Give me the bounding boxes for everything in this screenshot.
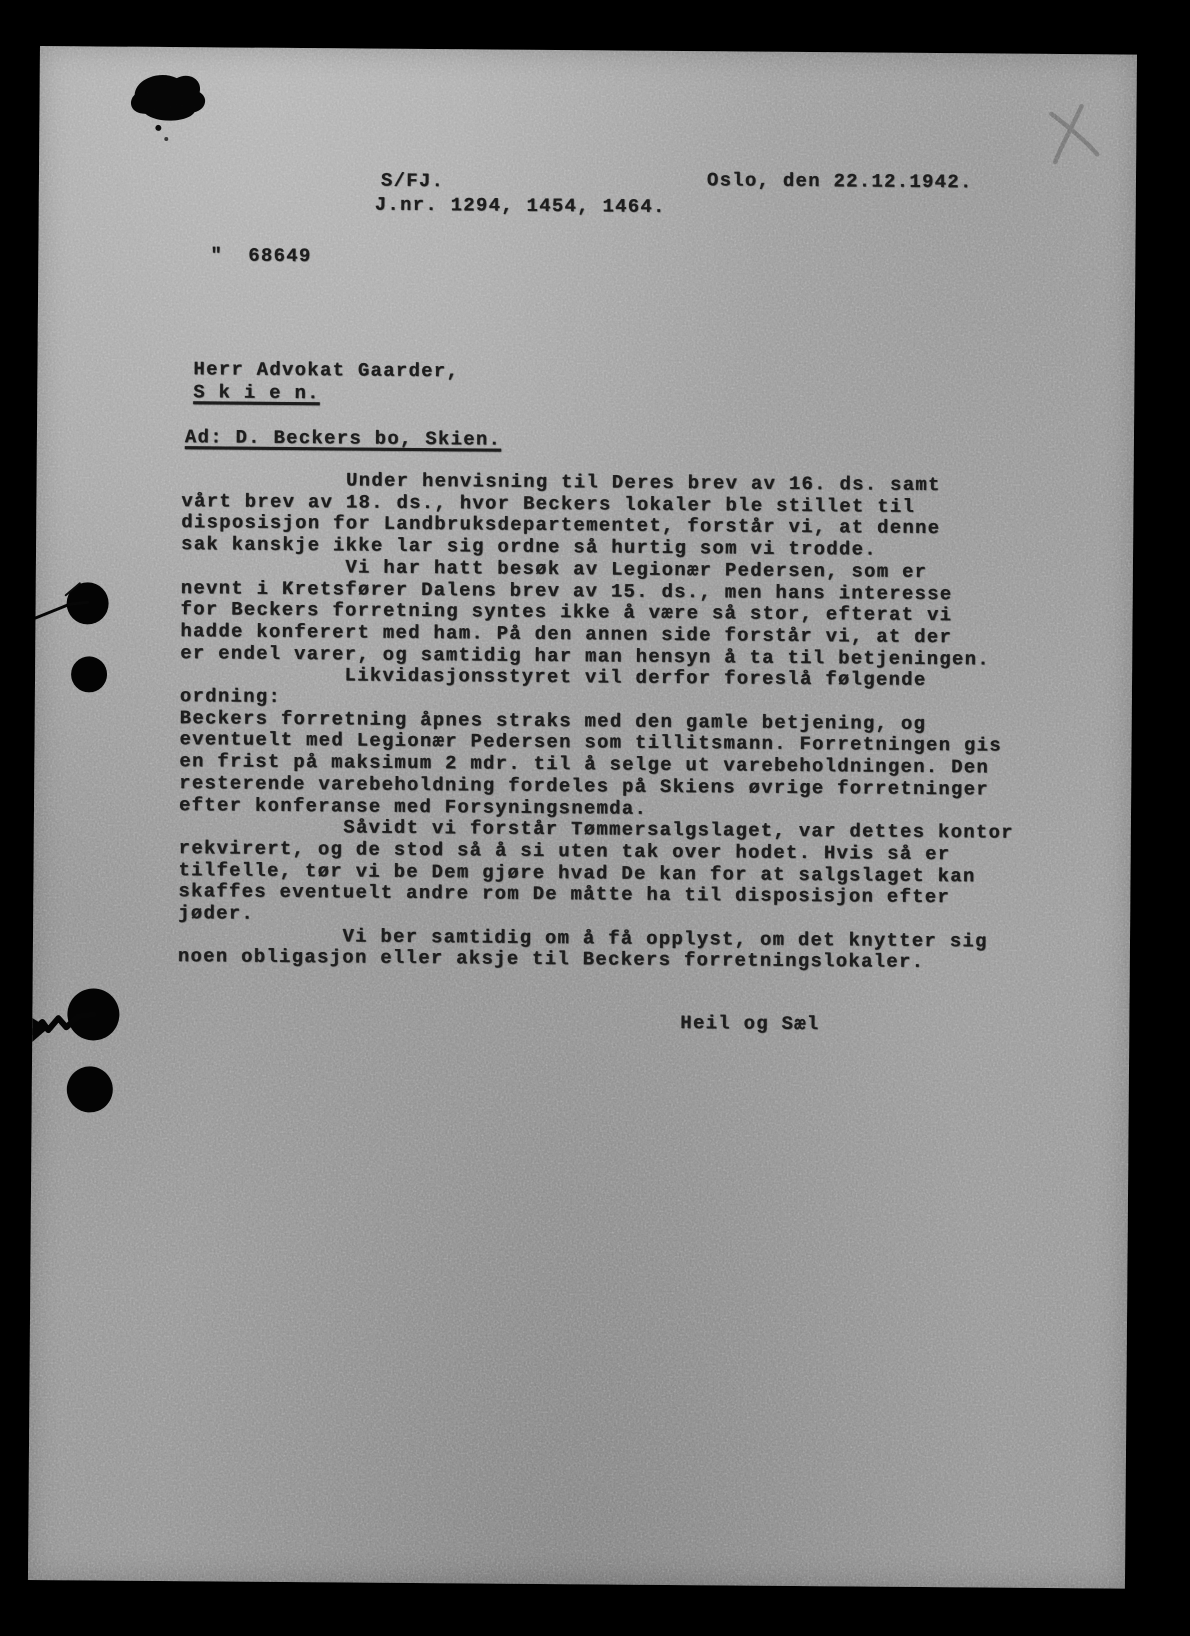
punch-hole-icon xyxy=(66,582,108,624)
recipient-city: S k i e n. xyxy=(193,382,320,405)
closing-salutation: Heil og Sæl xyxy=(680,1013,819,1036)
letter-body: Under henvisning til Deres brev av 16. d… xyxy=(178,469,1017,996)
date-line: Oslo, den 22.12.1942. xyxy=(707,170,973,194)
recipient-name: Herr Advokat Gaarder, xyxy=(193,359,459,383)
paper-tear-icon xyxy=(32,1018,48,1042)
subject-line: Ad: D. Beckers bo, Skien. xyxy=(185,427,501,451)
ink-blob-icon xyxy=(131,75,206,121)
letter-page: S/FJ. Oslo, den 22.12.1942. J.nr. 1294, … xyxy=(28,46,1137,1589)
scan-background: S/FJ. Oslo, den 22.12.1942. J.nr. 1294, … xyxy=(0,0,1190,1636)
ink-speck-icon xyxy=(155,125,161,131)
paper-tear-icon xyxy=(66,583,80,595)
ink-speck-icon xyxy=(164,137,168,141)
punch-hole-icon xyxy=(71,656,107,692)
reference-code: S/FJ. xyxy=(381,171,444,193)
journal-number-line: J.nr. 1294, 1454, 1464. xyxy=(375,195,666,219)
paper-tear-icon xyxy=(32,1014,93,1032)
punch-hole-icon xyxy=(67,1066,113,1112)
punch-hole-icon xyxy=(67,988,119,1040)
stamp-number: " 68649 xyxy=(210,245,311,267)
paper-tear-icon xyxy=(36,602,88,618)
pencil-mark-icon xyxy=(1051,106,1097,162)
